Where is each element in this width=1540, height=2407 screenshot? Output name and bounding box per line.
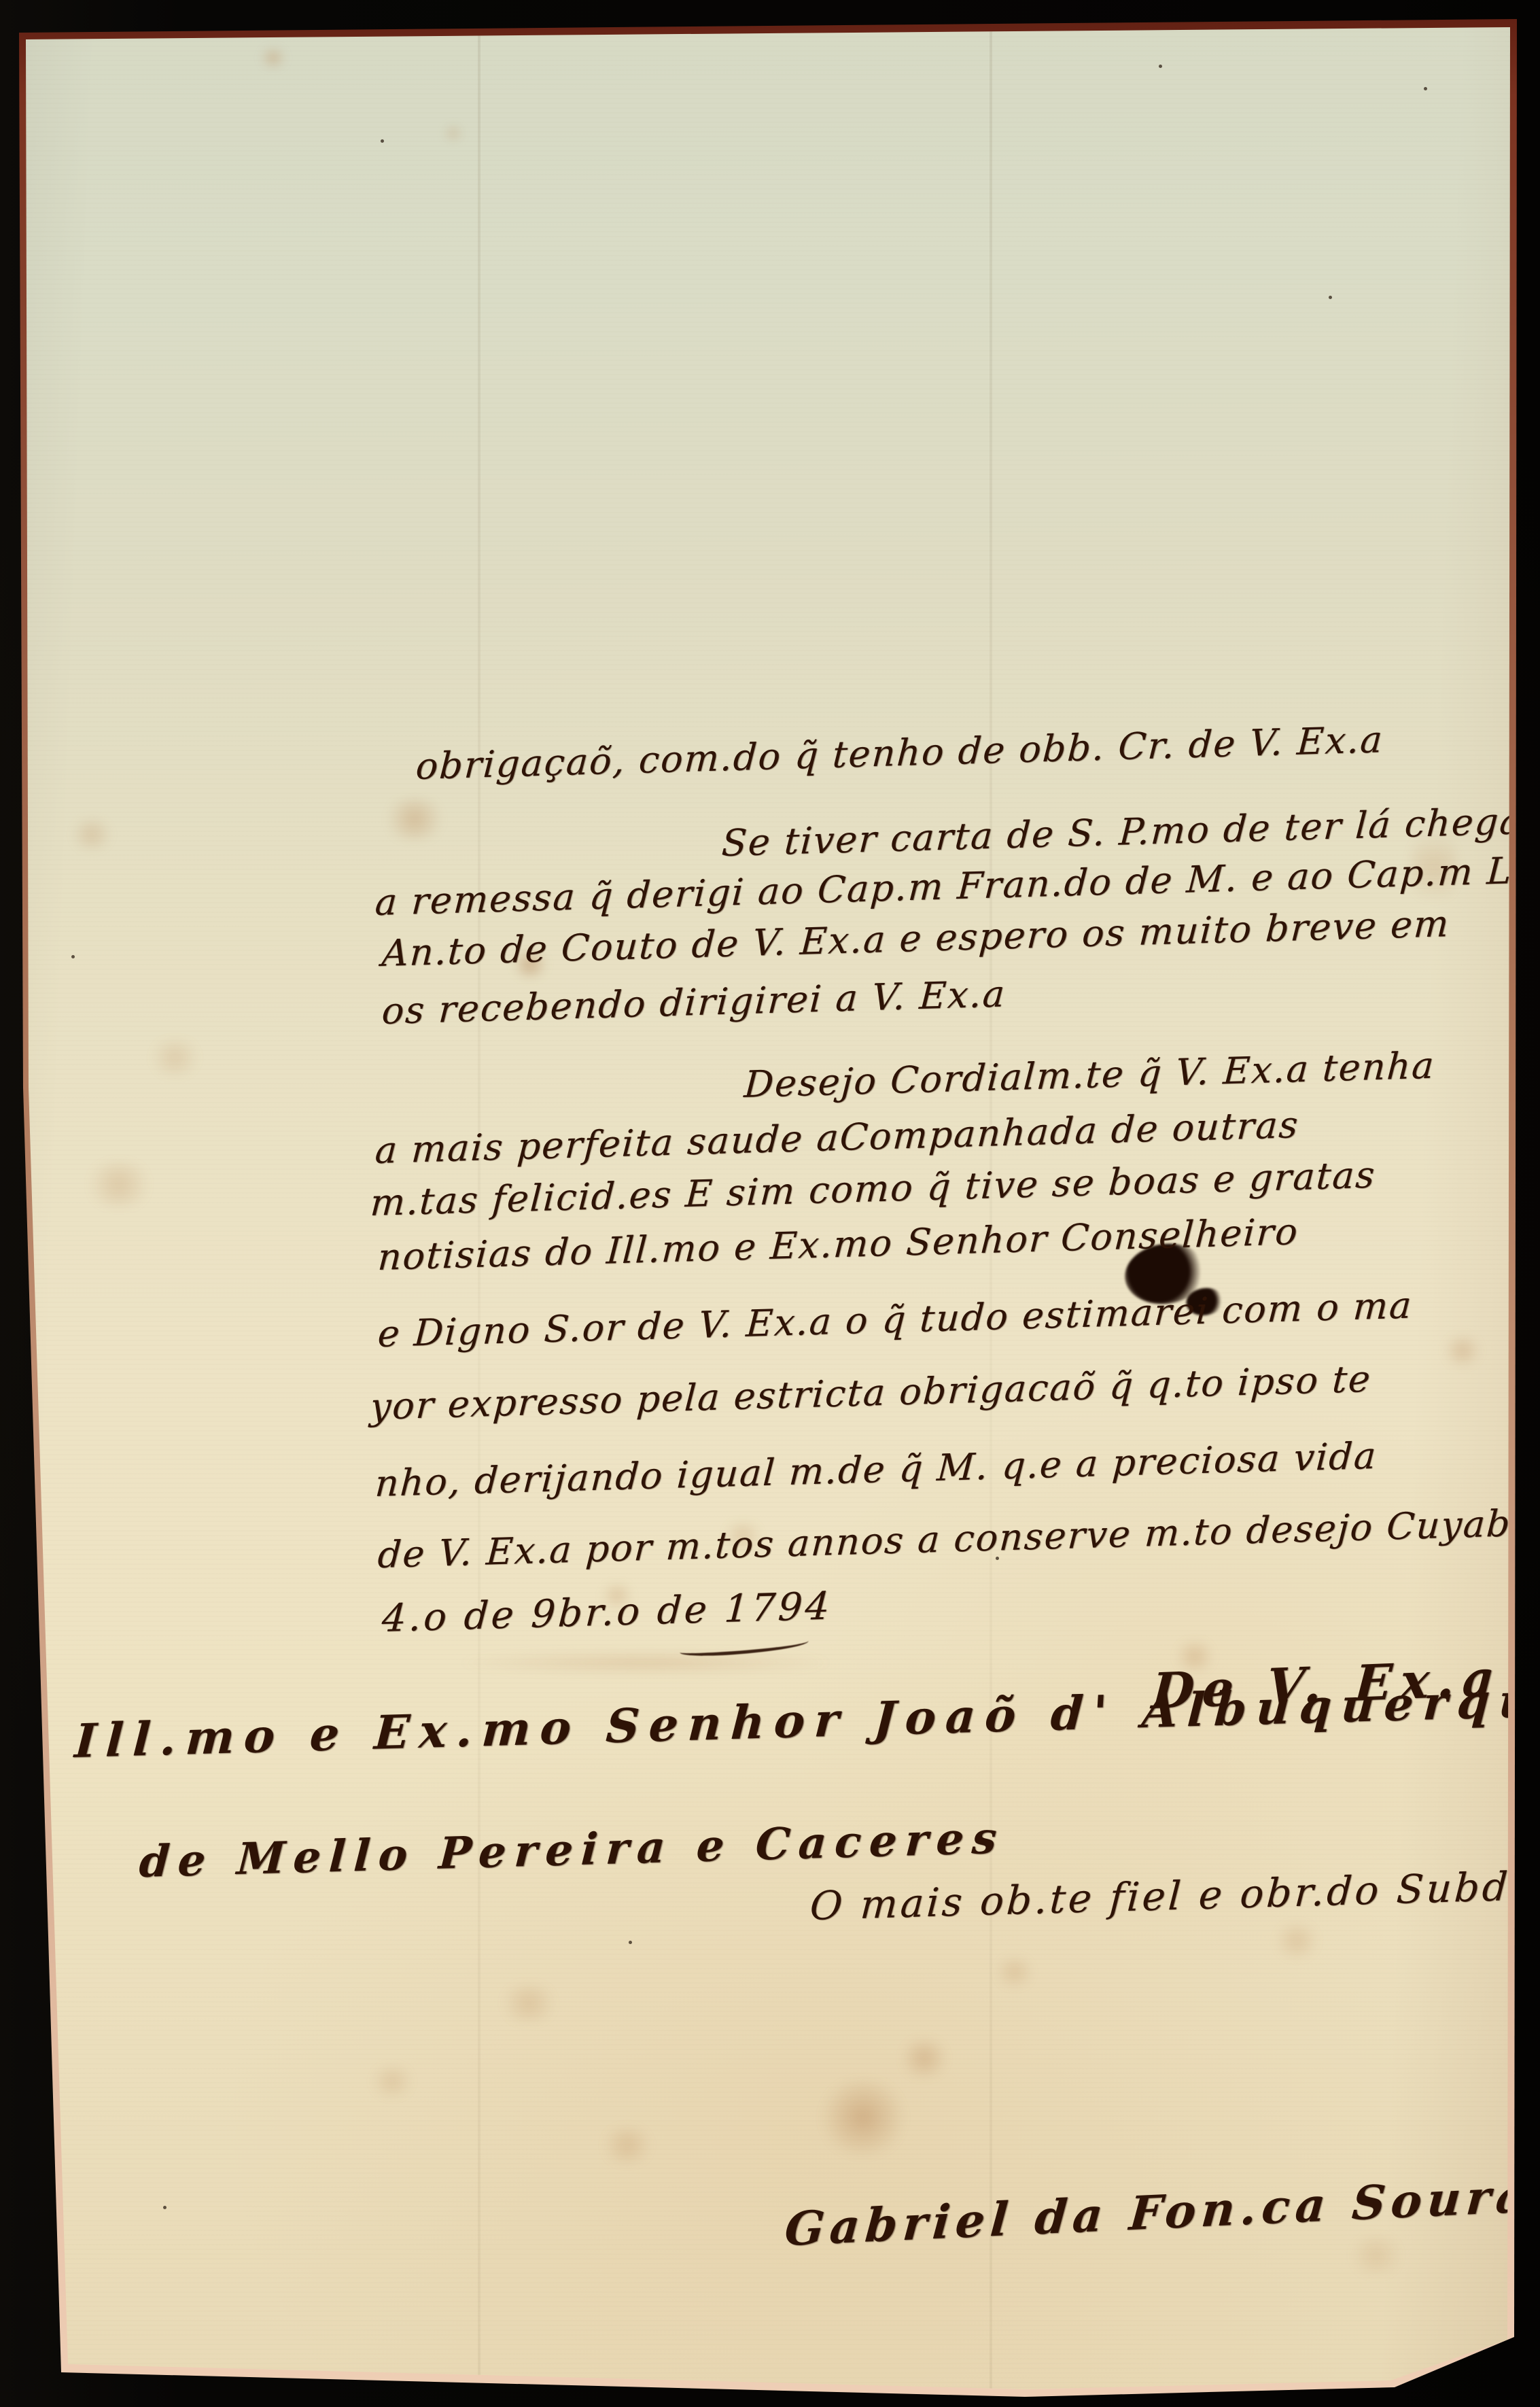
stain — [1271, 1924, 1323, 1958]
manuscript-line: yor expresso pela estricta obrigacaõ q̃ … — [369, 1357, 1373, 1428]
manuscript-line: os recebendo dirigirei a V. Ex.a — [381, 972, 1007, 1033]
manuscript-line: obrigaçaõ, com.do q̃ tenho de obb. Cr. d… — [415, 718, 1384, 788]
stain — [258, 49, 288, 67]
signature: Gabriel da Fon.ca Soura — [783, 2168, 1533, 2257]
stain — [598, 2128, 657, 2163]
stain — [1346, 2236, 1407, 2274]
paper-speck — [1159, 65, 1162, 68]
stain — [496, 1985, 561, 2022]
paper-speck — [381, 139, 384, 143]
address-line: de Mello Pereira e Caceres — [138, 1812, 1007, 1888]
stain — [1441, 1336, 1484, 1366]
paper-speck — [629, 1941, 632, 1944]
stain — [146, 1040, 204, 1075]
stain — [435, 1648, 856, 1677]
stain — [367, 2066, 417, 2096]
manuscript-line: de V. Ex.a por m.tos annos a conserve m.… — [377, 1501, 1536, 1576]
letter-paper: obrigaçaõ, com.do q̃ tenho de obb. Cr. d… — [0, 0, 1540, 2407]
paper-speck — [1424, 87, 1427, 90]
valediction: O mais ob.te fiel e obr.do Subd.o — [809, 1862, 1540, 1929]
stain — [82, 1162, 156, 1207]
stain — [68, 819, 116, 850]
manuscript-line: Desejo Cordialm.te q̃ V. Ex.a tenha — [743, 1044, 1436, 1107]
stain — [897, 2039, 951, 2077]
stain — [816, 2080, 911, 2155]
manuscript-line: e Digno S.or de V. Ex.a o q̃ tudo estima… — [377, 1283, 1414, 1355]
stain — [442, 126, 465, 141]
paper-speck — [163, 2206, 167, 2209]
photo-background: obrigaçaõ, com.do q̃ tenho de obb. Cr. d… — [0, 0, 1540, 2407]
manuscript-line: nho, derijando igual m.de q̃ M. q.e a pr… — [374, 1434, 1378, 1505]
date-line: 4.o de 9br.o de 1794 — [381, 1584, 833, 1641]
paper-speck — [1329, 296, 1332, 299]
stain — [992, 1958, 1037, 1986]
stain — [381, 799, 449, 839]
address-line: Ill.mo e Ex.mo Senhor Joaõ d' Albuquerqu… — [73, 1672, 1540, 1769]
paper-speck — [71, 955, 75, 958]
